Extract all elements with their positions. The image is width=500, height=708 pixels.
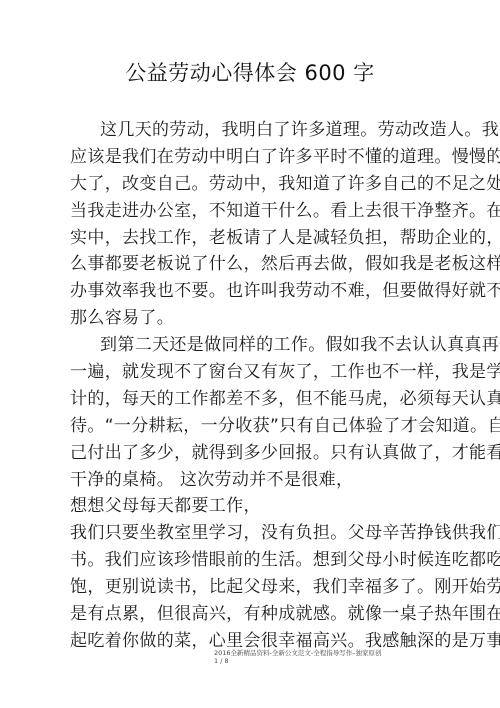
body-line: 大了，改变自己。劳动中，我知道了许多自己的不足之处。: [70, 171, 432, 198]
document-page: 公益劳动心得体会 600 字 这几天的劳动，我明白了许多道理。劳动改造人。我想 …: [0, 0, 500, 708]
body-line: 是有点累，但很高兴，有种成就感。就像一桌子热年围在一: [70, 601, 432, 628]
body-line: 想想父母每天都要工作，: [70, 493, 432, 520]
page-footer: 2016全新精品资料-全新公文范文-全程指导写作–独家原创 1 / 8: [214, 649, 381, 665]
document-title: 公益劳动心得体会 600 字: [0, 58, 500, 88]
body-line: 书。我们应该珍惜眼前的生活。想到父母小时候连吃都吃不: [70, 547, 432, 574]
body-line: 应该是我们在劳动中明白了许多平时不懂的道理。慢慢的长: [70, 144, 432, 171]
body-line: 我们只要坐教室里学习，没有负担。父母辛苦挣钱供我们读: [70, 520, 432, 547]
body-line: 那么容易了。: [70, 305, 432, 332]
body-line: 办事效率我也不要。也许叫我劳动不难，但要做得好就不是: [70, 278, 432, 305]
page-indicator: 1 / 8: [214, 657, 381, 665]
body-line: 实中，去找工作，老板请了人是减轻负担，帮助企业的，什: [70, 225, 432, 252]
body-line: 待。“一分耕耘，一分收获”只有自己体验了才会知道。自: [70, 413, 432, 440]
footer-caption: 2016全新精品资料-全新公文范文-全程指导写作–独家原创: [214, 649, 381, 657]
body-line: 这几天的劳动，我明白了许多道理。劳动改造人。我想: [70, 117, 432, 144]
body-line: 么事都要老板说了什么，然后再去做，假如我是老板这样的: [70, 251, 432, 278]
body-line: 当我走进办公室，不知道干什么。看上去很干净整齐。在现: [70, 198, 432, 225]
body-line: 干净的桌椅。 这次劳动并不是很难，: [70, 467, 432, 494]
body-line: 到第二天还是做同样的工作。假如我不去认认真真再做: [70, 332, 432, 359]
body-line: 计的，每天的工作都差不多，但不能马虎，必须每天认真对: [70, 386, 432, 413]
body-line: 饱，更别说读书，比起父母来，我们幸福多了。刚开始劳动: [70, 574, 432, 601]
body-line: 己付出了多少，就得到多少回报。只有认真做了，才能看见: [70, 440, 432, 467]
body-line: 一遍，就发现不了窗台又有灰了，工作也不一样，我是学会: [70, 359, 432, 386]
document-body: 这几天的劳动，我明白了许多道理。劳动改造人。我想 应该是我们在劳动中明白了许多平…: [70, 117, 432, 655]
